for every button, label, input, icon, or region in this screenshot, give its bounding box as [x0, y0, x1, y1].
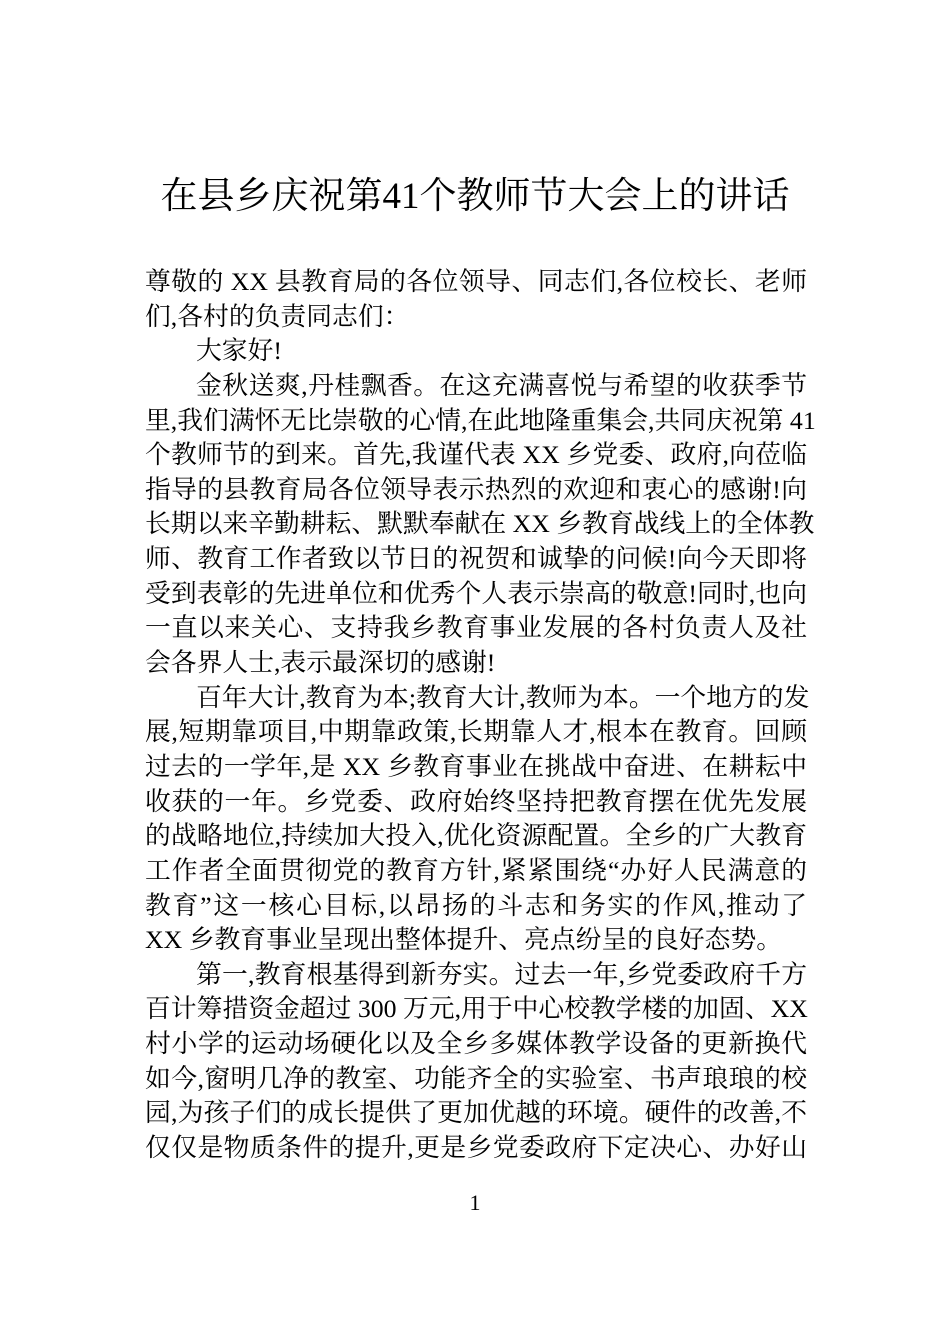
text-line: 师、教育工作者致以节日的祝贺和诚挚的问候!向今天即将: [145, 542, 807, 577]
text-line: 尊敬的 XX 县教育局的各位领导、同志们,各位校长、老师: [145, 265, 807, 300]
text-line: 里,我们满怀无比崇敬的心情,在此地隆重集会,共同庆祝第 41: [145, 404, 807, 439]
paragraph-first-line: 百年大计,教育为本;教育大计,教师为本。一个地方的发: [145, 681, 807, 716]
text-line: 如今,窗明几净的教室、功能齐全的实验室、书声琅琅的校: [145, 1062, 807, 1097]
text-line: 园,为孩子们的成长提供了更加优越的环境。硬件的改善,不: [145, 1096, 807, 1131]
text-line: 长期以来辛勤耕耘、默默奉献在 XX 乡教育战线上的全体教: [145, 507, 807, 542]
text-line: 教育”这一核心目标,以昂扬的斗志和务实的作风,推动了: [145, 889, 807, 924]
text-line: 收获的一年。乡党委、政府始终坚持把教育摆在优先发展: [145, 785, 807, 820]
text-line: XX 乡教育事业呈现出整体提升、亮点纷呈的良好态势。: [145, 923, 807, 958]
page-number: 1: [0, 1188, 950, 1218]
text-line: 会各界人士,表示最深切的感谢!: [145, 646, 807, 681]
text-line: 仅仅是物质条件的提升,更是乡党委政府下定决心、办好山: [145, 1131, 807, 1166]
document-body: 尊敬的 XX 县教育局的各位领导、同志们,各位校长、老师们,各村的负责同志们：大…: [145, 265, 807, 1166]
text-line: 村小学的运动场硬化以及全乡多媒体教学设备的更新换代: [145, 1027, 807, 1062]
paragraph-first-line: 金秋送爽,丹桂飘香。在这充满喜悦与希望的收获季节: [145, 369, 807, 404]
text-line: 指导的县教育局各位领导表示热烈的欢迎和衷心的感谢!向: [145, 473, 807, 508]
paragraph-first-line: 大家好!: [145, 334, 807, 369]
text-line: 工作者全面贯彻党的教育方针,紧紧围绕“办好人民满意的: [145, 854, 807, 889]
text-line: 百计筹措资金超过 300 万元,用于中心校教学楼的加固、XX: [145, 992, 807, 1027]
text-line: 受到表彰的先进单位和优秀个人表示崇高的敬意!同时,也向: [145, 577, 807, 612]
text-line: 的战略地位,持续加大投入,优化资源配置。全乡的广大教育: [145, 819, 807, 854]
text-line: 过去的一学年,是 XX 乡教育事业在挑战中奋进、在耕耘中: [145, 750, 807, 785]
text-line: 展,短期靠项目,中期靠政策,长期靠人才,根本在教育。回顾: [145, 715, 807, 750]
text-line: 个教师节的到来。首先,我谨代表 XX 乡党委、政府,向莅临: [145, 438, 807, 473]
text-line: 一直以来关心、支持我乡教育事业发展的各村负责人及社: [145, 611, 807, 646]
paragraph-first-line: 第一,教育根基得到新夯实。过去一年,乡党委政府千方: [145, 958, 807, 993]
text-line: 们,各村的负责同志们：: [145, 300, 807, 335]
document-title: 在县乡庆祝第41个教师节大会上的讲话: [0, 172, 950, 222]
document-page: 在县乡庆祝第41个教师节大会上的讲话 尊敬的 XX 县教育局的各位领导、同志们,…: [0, 0, 950, 1344]
